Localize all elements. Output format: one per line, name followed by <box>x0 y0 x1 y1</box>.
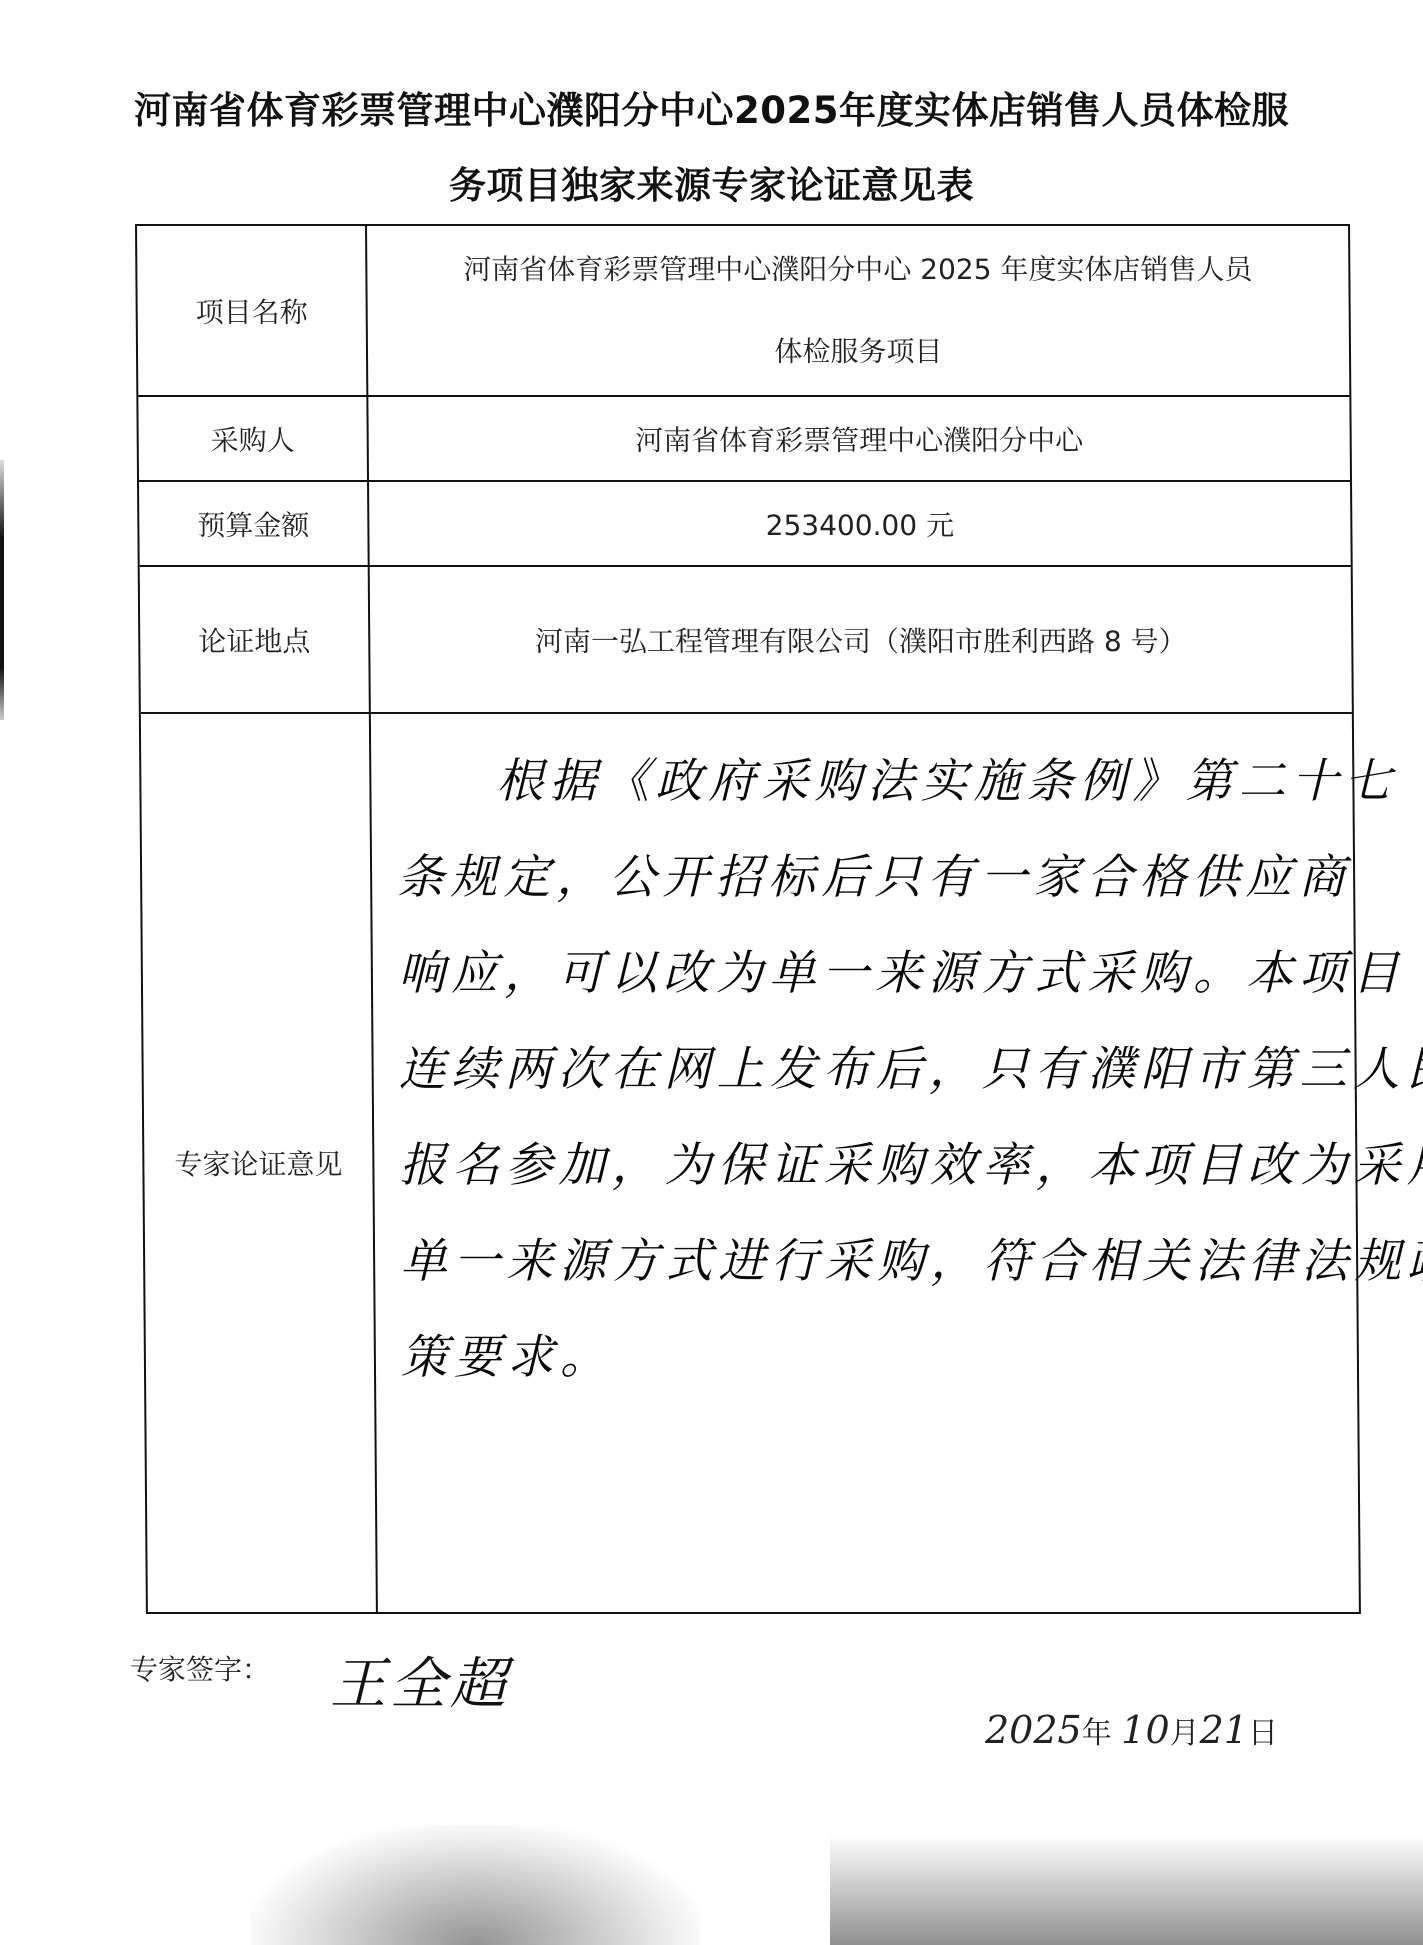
document-title-line-1: 河南省体育彩票管理中心濮阳分中心2025年度实体店销售人员体检服 <box>0 80 1423 134</box>
scan-edge-artifact <box>0 460 4 720</box>
value-location: 河南一弘工程管理有限公司（濮阳市胜利西路 8 号） <box>370 567 1352 712</box>
handwritten-line: 单一来源方式进行采购，符合相关法律法规政 <box>400 1214 1337 1310</box>
handwritten-signature: 王全超 <box>330 1640 510 1720</box>
date-year: 2025 <box>985 1708 1082 1752</box>
handwritten-line: 条规定，公开招标后只有一家合格供应商 <box>397 830 1334 926</box>
table-row-expert-opinion: 专家论证意见 根据《政府采购法实施条例》第二十七 条规定，公开招标后只有一家合格… <box>141 714 1359 1612</box>
value-budget: 253400.00 元 <box>369 482 1351 565</box>
table-row-project-name: 项目名称 河南省体育彩票管理中心濮阳分中心 2025 年度实体店销售人员 体检服… <box>137 226 1349 397</box>
signing-date: 2025年 10月21日 <box>985 1708 1278 1752</box>
value-line: 河南省体育彩票管理中心濮阳分中心 2025 年度实体店销售人员 <box>463 229 1253 311</box>
date-year-unit: 年 <box>1082 1716 1112 1751</box>
table-row-purchaser: 采购人 河南省体育彩票管理中心濮阳分中心 <box>138 397 1350 482</box>
label-expert-opinion: 专家论证意见 <box>141 714 378 1612</box>
date-month-unit: 月 <box>1170 1716 1200 1751</box>
document-title-line-2: 务项目独家来源专家论证意见表 <box>0 155 1423 209</box>
label-location: 论证地点 <box>140 567 371 712</box>
expert-opinion-table: 项目名称 河南省体育彩票管理中心濮阳分中心 2025 年度实体店销售人员 体检服… <box>135 224 1361 1614</box>
label-project-name: 项目名称 <box>137 226 368 395</box>
date-day-unit: 日 <box>1248 1716 1278 1751</box>
signature-label: 专家签字： <box>130 1648 270 1688</box>
value-line: 体检服务项目 <box>774 311 943 393</box>
value-purchaser: 河南省体育彩票管理中心濮阳分中心 <box>368 397 1350 480</box>
scan-smudge <box>250 1825 700 1945</box>
value-project-name: 河南省体育彩票管理中心濮阳分中心 2025 年度实体店销售人员 体检服务项目 <box>367 226 1349 395</box>
handwritten-line: 策要求。 <box>401 1310 1338 1406</box>
value-line: 253400.00 元 <box>766 504 955 544</box>
label-budget: 预算金额 <box>139 482 370 565</box>
value-line: 河南一弘工程管理有限公司（濮阳市胜利西路 8 号） <box>535 620 1187 660</box>
table-row-budget: 预算金额 253400.00 元 <box>139 482 1351 567</box>
handwritten-line: 响应，可以改为单一来源方式采购。本项目 <box>398 926 1335 1022</box>
handwritten-line: 根据《政府采购法实施条例》第二十七 <box>396 734 1333 830</box>
handwritten-opinion: 根据《政府采购法实施条例》第二十七 条规定，公开招标后只有一家合格供应商 响应，… <box>371 714 1359 1612</box>
scan-smudge <box>830 1835 1423 1945</box>
date-month: 10 <box>1121 1708 1169 1752</box>
value-line: 河南省体育彩票管理中心濮阳分中心 <box>635 419 1083 459</box>
table-row-location: 论证地点 河南一弘工程管理有限公司（濮阳市胜利西路 8 号） <box>140 567 1352 714</box>
handwritten-line: 报名参加，为保证采购效率，本项目改为采用 <box>399 1118 1336 1214</box>
date-day: 21 <box>1200 1708 1248 1752</box>
handwritten-line: 连续两次在网上发布后，只有濮阳市第三人民医院 <box>398 1022 1335 1118</box>
label-purchaser: 采购人 <box>138 397 369 480</box>
